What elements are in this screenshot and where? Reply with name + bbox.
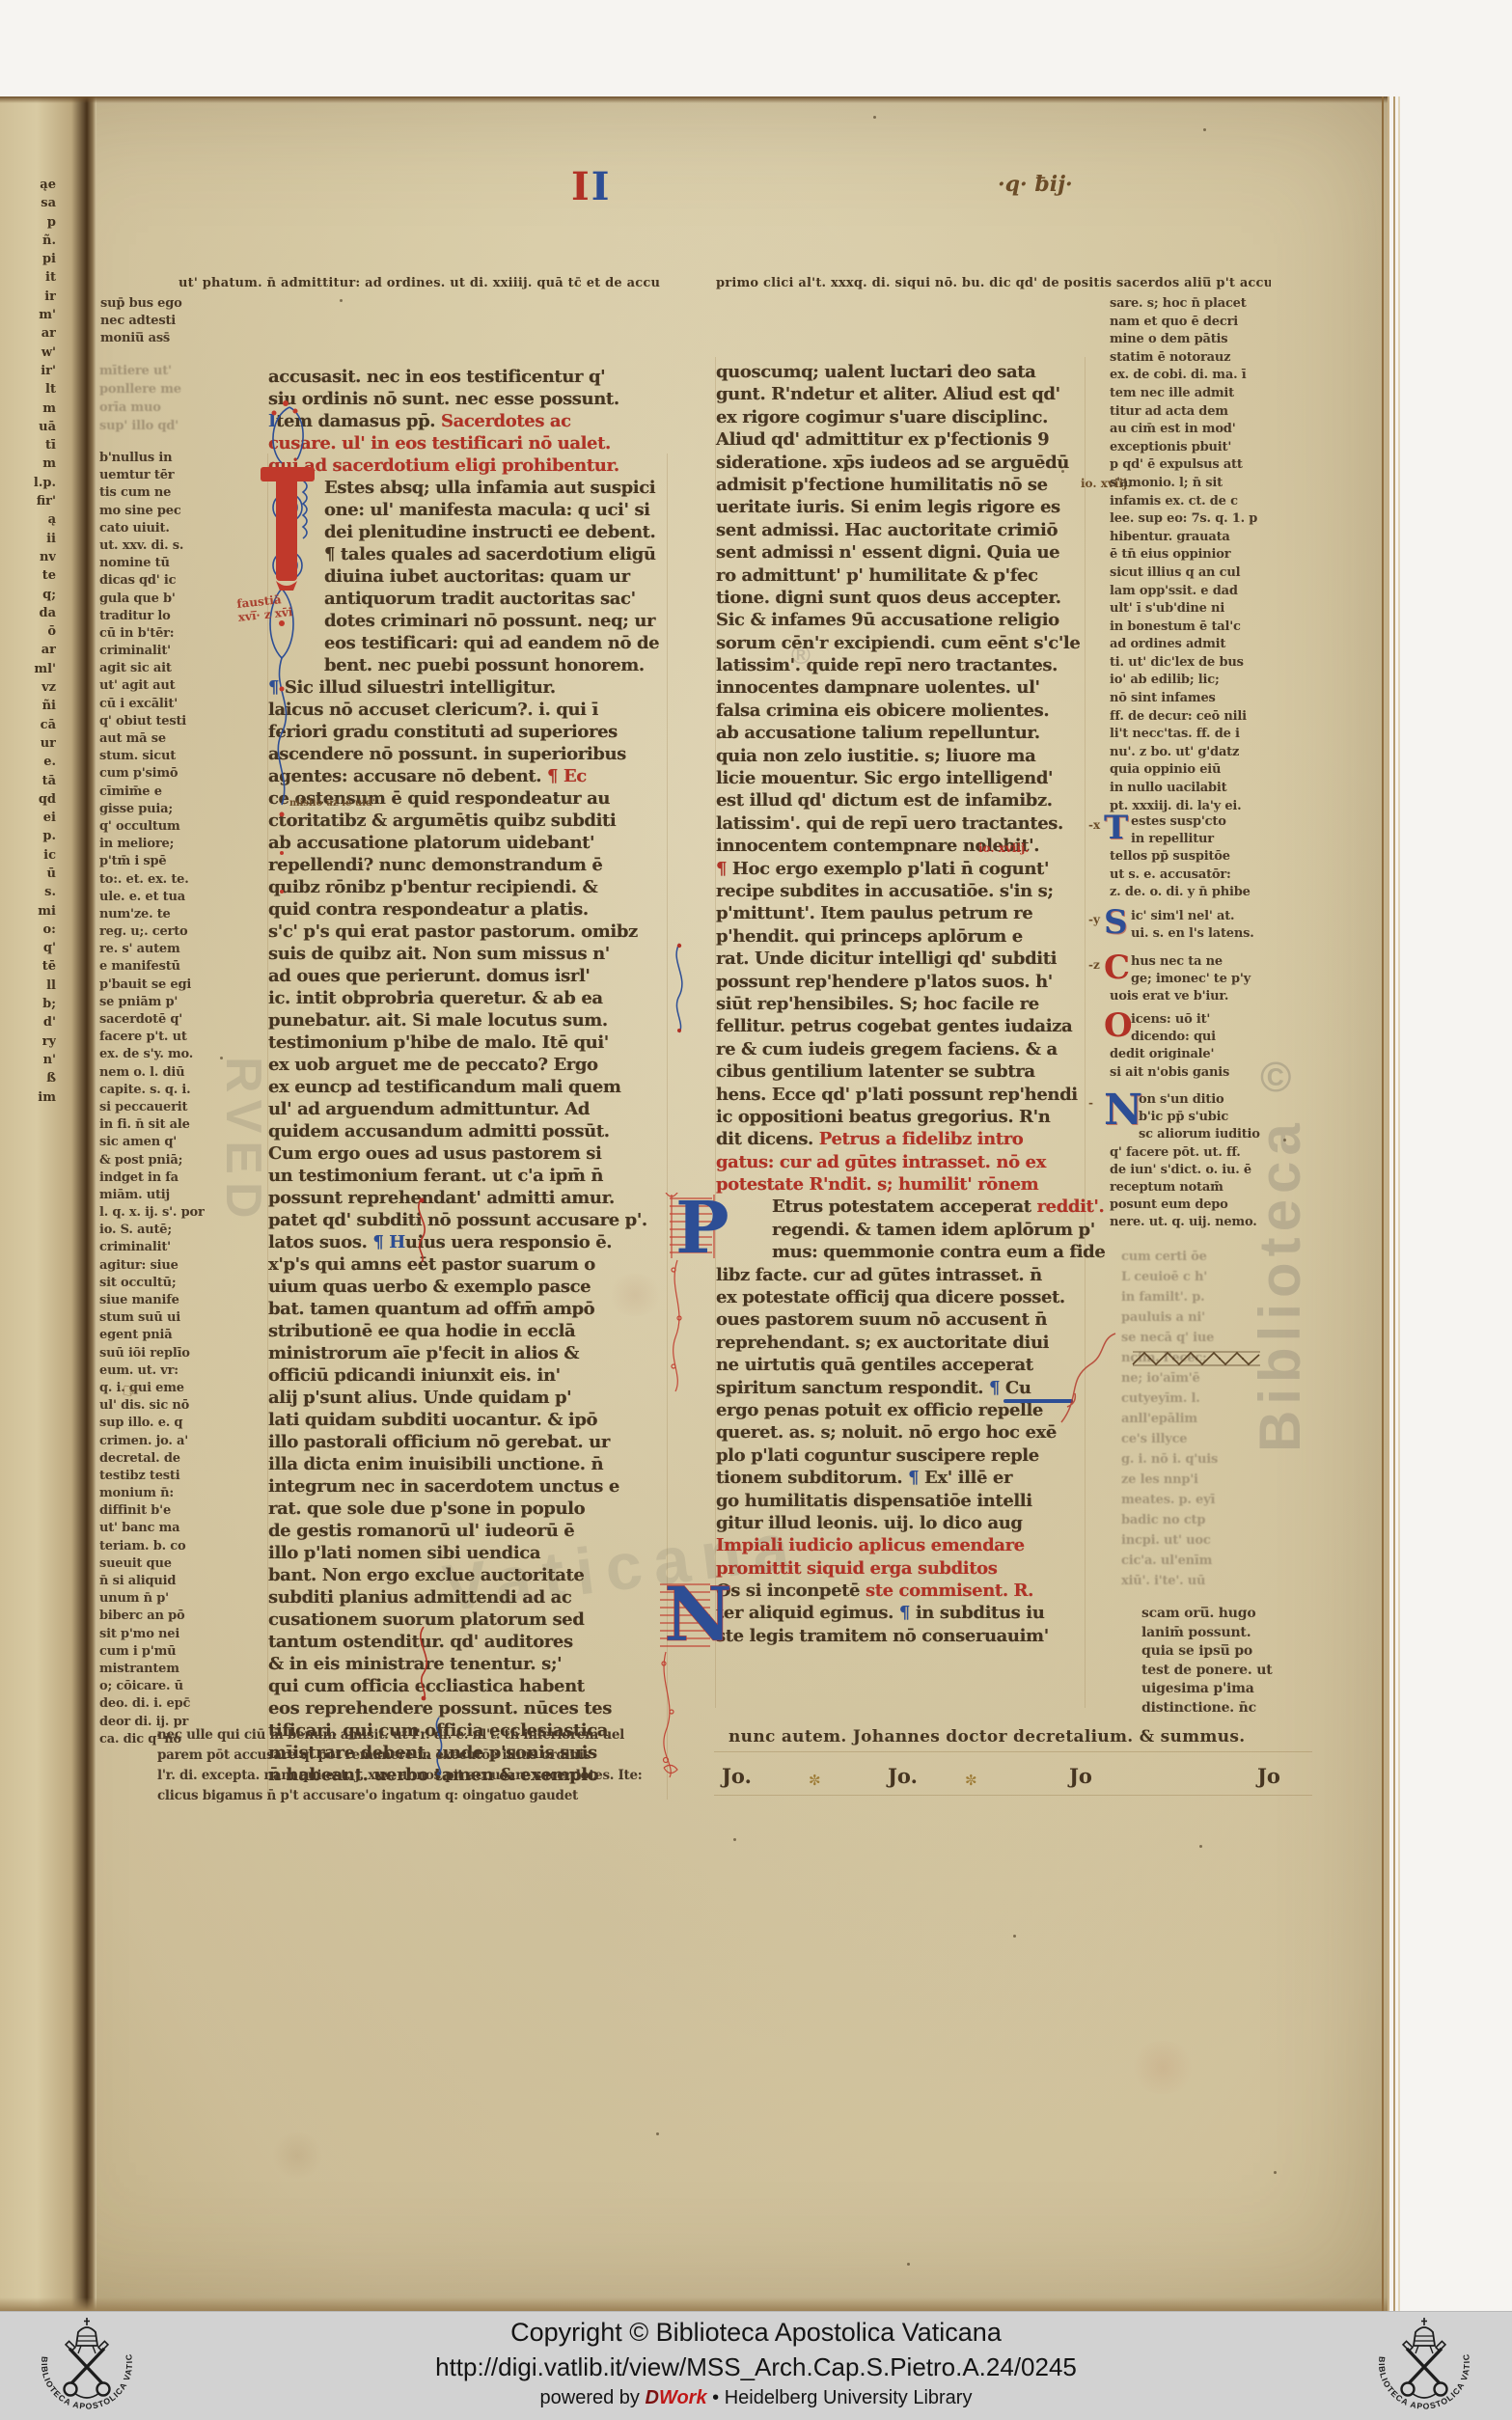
jo-signature-mark: Jo (1257, 1764, 1280, 1788)
text-line: siu ordinis nō sunt. nec esse possunt. (268, 388, 666, 410)
left-margin-gloss: b'nullus inuemtur tērtis cum nemo sine p… (99, 450, 205, 1748)
text-line: m (0, 454, 56, 473)
text-segment: ¶ Ec (547, 766, 587, 786)
text-line: in repellitur (1110, 831, 1291, 848)
entry-initial: O (1104, 1009, 1133, 1042)
dwork-logo-work: Work (659, 2387, 707, 2408)
text-line: nomine tū (99, 555, 205, 572)
text-line: cū i excālit' (99, 696, 205, 713)
text-line: decretal. de (99, 1450, 205, 1468)
text-line: ter aliquid egimus. ¶ in subditus iu (716, 1602, 1085, 1624)
ink-speck (1203, 128, 1206, 131)
text-line: parem pōt accusare q: pōt remanere in ex… (157, 1746, 642, 1766)
text-line: d' (0, 1013, 56, 1031)
page-edge-line (1388, 96, 1389, 2311)
text-segment: Etrus potestatem acceperat (772, 1196, 1037, 1217)
entry-initial: T (1104, 811, 1128, 844)
text-line: ll (0, 976, 56, 995)
fore-edge (1378, 96, 1409, 2311)
text-line: b; (0, 995, 56, 1013)
text-line: queret. as. s; noluit. nō ergo hoc exē (716, 1421, 1085, 1444)
text-line: ic. intit obprobria queretur. & ab ea (268, 987, 666, 1009)
initial-N-decorated: N (656, 1577, 731, 1783)
parchment-stain (270, 2132, 324, 2179)
inter-column-flourish (668, 942, 691, 1034)
quire-note-red: io. xviij. (978, 841, 1029, 855)
text-line: orīa muo (99, 399, 181, 417)
text-line: Etrus potestatem acceperat reddit'. (716, 1196, 1085, 1218)
text-line: diuina iubet auctoritas: quam ur (268, 565, 666, 588)
zigzag-line-filler (1131, 1349, 1264, 1368)
text-line: quia non zelo iustitie. s; liuore ma (716, 745, 1085, 767)
running-header-numeral: I (571, 164, 591, 209)
text-line: x'p's qui amns eēt pastor suarum o (268, 1253, 666, 1276)
text-line: mo sine pec (99, 503, 205, 520)
text-line: distinctione. n̄c (1141, 1699, 1272, 1719)
text-line: tione. digni sunt quos deus accepter. (716, 587, 1085, 609)
text-line: nere. ut. q. uij. nemo. (1110, 1214, 1291, 1231)
running-header-numeral: I (591, 164, 612, 209)
text-line: te (0, 566, 56, 585)
text-segment: potestate R'ndit. s; humilit' rōnem (716, 1174, 1038, 1195)
page-edge-line (1382, 96, 1384, 2311)
text-column-1: accusasit. nec in eos testificentur q'si… (268, 366, 666, 1786)
text-line: sent admissi n' essent digni. Quia ue (716, 541, 1085, 564)
text-line: dicendo: qui (1110, 1029, 1291, 1046)
text-line: ad oues que perierunt. domus isrl' (268, 965, 666, 987)
gloss-entry: Oicens: uō it'dicendo: quidedit original… (1088, 1011, 1291, 1082)
text-line: innocentes dampnare uolentes. ul' (716, 676, 1085, 699)
text-line: s. (0, 883, 56, 901)
text-line: siūt rep'hensibiles. S; hoc facile re (716, 993, 1085, 1015)
text-line: quibz rōnibz p'bentur recipiendi. & (268, 876, 666, 898)
text-line: admisit p'fectione humilitatis nō se (716, 474, 1085, 496)
right-margin-gloss: sare. s; hoc n̄ placetnam et quo ē decri… (1110, 295, 1293, 815)
text-line: cum p'simō (99, 765, 205, 783)
text-line: eos reprehendere possunt. nūces tes (268, 1697, 666, 1719)
text-line: laicus nō accuset clericum?. i. qui ī (268, 699, 666, 721)
text-line: ex. de s'y. mo. (99, 1046, 205, 1063)
text-line: io' ab edilib; lic; (1110, 672, 1293, 690)
text-line: un testimonium ferant. ut c'a ipm̄ n̄ (268, 1165, 666, 1187)
interlinear-note: mislio uz ie uid' (289, 798, 375, 809)
text-line: indget in fa (99, 1169, 205, 1187)
text-line: estes susp'cto (1110, 813, 1291, 831)
text-line: ex rigore cogimur s'uare disciplinc. (716, 406, 1085, 428)
text-segment: tionem subditorum. (716, 1468, 908, 1488)
text-line: & post pniā; (99, 1152, 205, 1169)
text-line: sup' illo qd' (99, 417, 181, 435)
text-line: sent admissi. Hac auctoritate crimiō (716, 519, 1085, 541)
text-line: cutyeyīm. l. (1121, 1389, 1290, 1409)
text-line: deo. di. i. epc̄ (99, 1695, 205, 1713)
jo-signature-mark: Jo (1069, 1764, 1092, 1788)
text-line: ry (0, 1032, 56, 1051)
text-line: ti. ut' dic'lex de bus (1110, 654, 1293, 673)
text-line: l.p. (0, 474, 56, 492)
text-line: mistrantem (99, 1661, 205, 1678)
text-line: q' occultum (99, 818, 205, 836)
text-line: dei plenitudine instructi ee debent. (268, 521, 666, 543)
text-line: reg. u;. certo (99, 923, 205, 941)
text-line: Impiali iudicio aplicus emendare (716, 1534, 1085, 1556)
text-line: ñ. (0, 232, 56, 250)
text-line: sicut illius q an cul (1110, 564, 1293, 583)
text-line: ul' dis. sic nō (99, 1397, 205, 1415)
text-line: egent pniā (99, 1327, 205, 1344)
svg-text:BIBLIOTECA APOSTOLICA VATICANA: BIBLIOTECA APOSTOLICA VATICANA (1351, 2314, 1471, 2411)
penwork-cadel (409, 1196, 434, 1264)
text-line: cusare. ul' in eos testificari nō ualet. (268, 432, 666, 454)
text-segment: ter aliquid egimus. (716, 1603, 899, 1623)
text-segment: ¶ (989, 1378, 1005, 1398)
ink-speck (1283, 1139, 1286, 1141)
text-segment: ¶ (716, 859, 732, 879)
entry-initial: N (1104, 1089, 1142, 1132)
text-line: ne; io'aīm'ē (1121, 1368, 1290, 1389)
text-line: s'c' p's qui erat pastor pastorum. omibz (268, 921, 666, 943)
text-line: lam opp'ssit. e dad (1110, 583, 1293, 601)
text-line: criminalit' (99, 643, 205, 660)
text-line: ab accusatione talium repelluntur. (716, 722, 1085, 744)
text-line: se necā q' iue (1121, 1328, 1290, 1348)
text-line: Cum ergo oues ad usus pastorem si (268, 1142, 666, 1165)
text-segment: Petrus a fidelibz intro (819, 1129, 1024, 1149)
text-segment: Hoc ergo exemplo p'lati n̄ cogunt' (732, 859, 1049, 879)
initial-P-decorated: P (664, 1193, 731, 1399)
text-line: uemtur tēr (99, 467, 205, 484)
text-line: m (0, 399, 56, 418)
column-ruling (1085, 357, 1086, 1708)
text-line: aut mā se (99, 730, 205, 748)
text-line: teriam. b. co (99, 1538, 205, 1555)
text-line: re. s' autem (99, 941, 205, 958)
ink-speck (220, 1057, 223, 1059)
text-line: e. (0, 753, 56, 771)
text-line: b'nullus in (99, 450, 205, 467)
jo-signature-mark: Jo. (722, 1764, 752, 1788)
text-line: suū iōi replīo (99, 1345, 205, 1362)
text-column-2: quoscumq; ualent luctari deo satagunt. R… (716, 361, 1085, 1647)
text-line: innocentem contempnare nolebit'. (716, 835, 1085, 857)
text-line: nō sint infames (1110, 690, 1293, 708)
text-line: qui cum officia eccliastica habent (268, 1675, 666, 1697)
text-line: z. de. o. di. y n̄ phibe (1110, 884, 1291, 901)
text-line: latos suos. ¶ Huius uera responsio ē. (268, 1231, 666, 1253)
entry-lines: hus nec ta nege; imonec' te p'yuois erat… (1110, 953, 1291, 1006)
text-line: ñi (0, 697, 56, 715)
text-line: punebatur. ait. Si male locutus sum. (268, 1009, 666, 1031)
text-line: ¶ Hoc ergo exemplo p'lati n̄ cogunt' (716, 858, 1085, 880)
text-line: reprehendant. s; ex auctoritate diui (716, 1332, 1085, 1354)
text-line: ul' ad arguendum admittuntur. Ad (268, 1098, 666, 1120)
text-line: lt (0, 380, 56, 399)
gloss-entry: -xTestes susp'ctoin repelliturtellos pp̄… (1088, 813, 1291, 901)
text-line: ō (0, 622, 56, 641)
text-line: receptum notam̄ (1110, 1179, 1291, 1196)
text-line: icens: uō it' (1110, 1011, 1291, 1029)
header-note-left: ut' phatum. n̄ admittitur: ad ordines. u… (179, 276, 660, 290)
text-line: spiritum sanctum respondit. ¶ Cu (716, 1377, 1085, 1399)
text-line: in familt'. p. (1121, 1287, 1290, 1307)
text-line: officiū pdicandi iniunxit eis. in' (268, 1364, 666, 1387)
explicit-line: nunc autem. Johannes doctor decretalium.… (729, 1727, 1245, 1746)
vatican-library-logo: BIBLIOTECA APOSTOLICA VATICANA (14, 2314, 160, 2416)
text-line: mine o dem pātis (1110, 331, 1293, 349)
text-line: ult' ī s'ub'dine ni (1110, 600, 1293, 619)
parchment-stain (606, 1274, 664, 1316)
text-line: num'ze. te (99, 906, 205, 923)
text-line: re & cum iudeis gregem faciens. & a (716, 1038, 1085, 1060)
text-line: to:. et. ex. te. (99, 871, 205, 889)
text-line: agitur: siue (99, 1257, 205, 1275)
text-line: nem o. l. diū (99, 1064, 205, 1082)
ink-speck (340, 299, 343, 302)
ink-speck (907, 2263, 910, 2266)
text-line: in fi. n̄ sit ale (99, 1116, 205, 1134)
text-line: ueritate iuris. Si enim legis rigore es (716, 496, 1085, 518)
text-line: possunt reprehendant' admitti amur. (268, 1187, 666, 1209)
text-line: latissim'. quide repī nero tractantes. (716, 654, 1085, 676)
text-line: gisse puia; (99, 801, 205, 818)
text-line: clicus bigamus n̄ p't accusare'o ingatum… (157, 1786, 642, 1806)
text-line: p qd' ē expulsus att (1110, 456, 1293, 475)
text-line: sup illo. e. q (99, 1415, 205, 1432)
text-line: ff. de decur: ceō nili (1110, 708, 1293, 727)
entry-initial: S (1104, 906, 1128, 939)
ink-speck (1061, 470, 1064, 473)
text-line: hens. Ecce qd' p'lati possunt rep'hendi (716, 1084, 1085, 1106)
text-line: patet qd' subditi nō possunt accusare p'… (268, 1209, 666, 1231)
text-line: ą (0, 510, 56, 529)
text-line: eos testificari: qui ad eandem nō de (268, 632, 666, 654)
text-line: hibentur. grauata (1110, 529, 1293, 547)
text-line: sic amen q' (99, 1134, 205, 1151)
text-line: agit sic ait (99, 660, 205, 677)
text-line: ar (0, 641, 56, 659)
text-line: regendi. & tamen idem aplōrum p' (716, 1219, 1085, 1241)
text-line: uigesima p'ima (1141, 1680, 1272, 1699)
red-margin-flourish (1058, 1330, 1119, 1426)
text-line: ponllere me (99, 380, 181, 399)
text-line: testimonium p'hibe de malo. Itē qui' (268, 1031, 666, 1054)
text-line: ąe (0, 176, 56, 194)
text-line: eum. ut. vr: (99, 1362, 205, 1380)
text-segment: ¶ H (372, 1232, 405, 1252)
text-line: p'hendit. qui princeps aplōrum e (716, 925, 1085, 948)
text-line: ge; imonec' te p'y (1110, 971, 1291, 988)
svg-text:P: P (675, 1193, 729, 1270)
text-segment: Os si inconpetē (716, 1581, 866, 1601)
text-line: sare. s; hoc n̄ placet (1110, 295, 1293, 314)
text-line: l'r. di. excepta. nam qui est. j. xxx. a… (157, 1766, 642, 1786)
text-segment: spiritum sanctum respondit. (716, 1378, 989, 1398)
initial-T-decorated (253, 399, 324, 982)
text-segment: dit dicens. (716, 1129, 819, 1149)
text-line: da (0, 604, 56, 622)
text-line: capite. s. q. i. (99, 1082, 205, 1099)
text-line: est illud qd' dictum est de infamibz. (716, 789, 1085, 811)
text-line: cibus gentilium latenter se subtra (716, 1060, 1085, 1083)
text-line: monium n̄: (99, 1485, 205, 1502)
text-line: accusasit. nec in eos testificentur q' (268, 366, 666, 388)
gloss-entry: -zChus nec ta nege; imonec' te p'yuois e… (1088, 953, 1291, 1006)
parchment-stain (1129, 2041, 1196, 2094)
page-edge-line (1398, 96, 1400, 2311)
text-line: ei (0, 809, 56, 827)
text-segment: Impiali iudicio aplicus emendare (716, 1535, 1025, 1555)
text-line: agentes: accusare nō debent. ¶ Ec (268, 765, 666, 787)
text-line: libz facte. cur ad gūtes intrasset. n̄ (716, 1264, 1085, 1286)
ink-speck (733, 1838, 736, 1841)
text-line: falsa crimina eis obicere molientes. (716, 700, 1085, 722)
right-bottom-gloss: scam oru̅. hugolanim̄ possunt.quia se ip… (1141, 1605, 1272, 1718)
text-line: sit occultū; (99, 1275, 205, 1292)
text-line: ar (0, 324, 56, 343)
text-line: unum n̄ p' (99, 1590, 205, 1608)
text-line: bent. nec puebi possunt honorem. (268, 654, 666, 676)
text-line: integrum nec in sacerdotem unctus e (268, 1475, 666, 1498)
text-segment: Sacerdotes ac (441, 411, 571, 431)
text-line: mi (0, 902, 56, 921)
text-line: hus nec ta ne (1110, 953, 1291, 971)
text-line: illa dicta enim inuisibili unctione. n̄ (268, 1453, 666, 1475)
text-line: uois erat ve b'iur. (1110, 988, 1291, 1005)
ink-speck (656, 2132, 659, 2135)
left-gloss-showthrough: mītiere ut'ponllere meorīa muosup' illo … (99, 362, 181, 435)
text-line: mītiere ut' (99, 362, 181, 380)
text-line: ß (0, 1069, 56, 1087)
text-line: ¶ tales quales ad sacerdotium eligū (268, 543, 666, 565)
text-segment: Ex' illē er (924, 1468, 1012, 1488)
text-line: cā (0, 716, 56, 734)
text-line: ule. e. et tua (99, 889, 205, 906)
text-line: lee. sup eo: 7s. q. 1. p (1110, 510, 1293, 529)
gloss-entry: -ySic' sim'l nel' at.ui. s. en l's laten… (1088, 908, 1291, 943)
text-line: diffinit b'e (99, 1502, 205, 1520)
text-line: xiū'. i'te'. uū (1121, 1571, 1290, 1591)
text-line: gunt. R'ndetur et aliter. Aliud est qd' (716, 383, 1085, 405)
text-line: nam et quo ē decri (1110, 314, 1293, 332)
text-line: criminalit' (99, 1239, 205, 1256)
text-line: crimen. jo. a' (99, 1433, 205, 1450)
text-line: traditur lo (99, 608, 205, 625)
text-line: recipe subdites in accusatiōe. s'in s; (716, 880, 1085, 902)
text-line: rat. que sole due p'sone in populo (268, 1498, 666, 1520)
text-line: qd (0, 790, 56, 809)
powered-by-suffix: • Heidelberg University Library (707, 2387, 973, 2408)
text-line: posunt eum depo (1110, 1196, 1291, 1214)
text-line: ii (0, 530, 56, 548)
text-line: gatus: cur ad gūtes intrasset. nō ex (716, 1151, 1085, 1173)
text-line: subditi planius admittendi ad ac (268, 1586, 666, 1609)
text-line: o; cōicare. ū (99, 1678, 205, 1695)
text-line: p'tm̄ i spē (99, 853, 205, 870)
text-line: titur ad acta dem (1110, 403, 1293, 422)
text-ruling (714, 1795, 1312, 1796)
text-segment: ¶ (899, 1603, 916, 1623)
text-line: cum certi ōe (1121, 1247, 1290, 1267)
page-edge-line (1393, 96, 1395, 2311)
text-line: ut' banc ma (99, 1520, 205, 1537)
text-line: oues pastorem suum nō accusent n̄ (716, 1308, 1085, 1331)
text-line: mus: quemmonie contra eum a fide (716, 1241, 1085, 1263)
page-bottom-edge (0, 2297, 1389, 2311)
text-line: im (0, 1088, 56, 1107)
logo-arc-text: BIBLIOTECA APOSTOLICA VATICANA (14, 2314, 134, 2411)
text-line: tī (0, 436, 56, 454)
text-line: plo p'lati coguntur suscipere reple (716, 1444, 1085, 1467)
text-line: ic oppositioni beatus gregorius. R'n (716, 1106, 1085, 1128)
text-line: quia oppinio eiū (1110, 761, 1293, 780)
bottom-left-gloss: nec ulle qui ciū m̄ benum amisit. ut l'r… (157, 1725, 642, 1806)
powered-by-line: powered by DWork • Heidelberg University… (0, 2387, 1512, 2409)
text-segment: Cu (1005, 1378, 1031, 1398)
text-line: Estes absq; ulla infamia aut suspici (268, 477, 666, 499)
text-line: miām. utij (99, 1187, 205, 1204)
text-line: statim ē notorauz (1110, 349, 1293, 368)
text-line: sideratione. xp̄s iudeos ad se arguēdū (716, 452, 1085, 474)
text-line: w' (0, 344, 56, 362)
text-line: gula que b' (99, 591, 205, 608)
text-line: ex. de cobi. di. ma. ī (1110, 367, 1293, 385)
text-line: ex uob arguet me de peccato? Ergo (268, 1054, 666, 1076)
text-line: & in eis ministrare tenentur. s;' (268, 1653, 666, 1675)
text-line: sup̄ bus ego (100, 295, 182, 313)
entry-lines: icens: uō it'dicendo: quidedit originale… (1110, 1011, 1291, 1082)
text-line: q' obiut testi (99, 713, 205, 730)
text-line: si ait n'obis ganis (1110, 1064, 1291, 1082)
text-line: test de ponere. ut (1141, 1662, 1272, 1681)
text-line: in bonestum ē tal'c (1110, 619, 1293, 637)
text-line: ex euncp ad testificandum mali quem (268, 1076, 666, 1098)
text-line: si peccauerit (99, 1099, 205, 1116)
penwork-cadel (411, 1625, 436, 1702)
text-line: uā (0, 418, 56, 436)
manuscript-scan-viewer: { "page": { "running_header_1": "I", "ru… (0, 0, 1512, 2420)
text-line: sacerdotē q' (99, 1011, 205, 1029)
entry-lines: estes susp'ctoin repelliturtellos pp̄ su… (1110, 813, 1291, 901)
text-line: tis cum ne (99, 484, 205, 502)
entry-mark: -y (1088, 913, 1100, 926)
text-line: rat. Unde dicitur intelligi qd' subditi (716, 948, 1085, 970)
text-line: quid contra respondeatur a platis. (268, 898, 666, 921)
text-line: repellendi? nunc demonstrandum ē (268, 854, 666, 876)
text-line: Item damasus pp̄. Sacerdotes ac (268, 410, 666, 432)
text-line: ab accusatione platorum uidebant' (268, 832, 666, 854)
text-line: li't necc'tas. ff. de i (1110, 726, 1293, 744)
text-line: n̄ si aliquid (99, 1573, 205, 1590)
text-line: m' (0, 306, 56, 324)
text-line: latissim'. qui de repī uero tractantes. (716, 812, 1085, 835)
text-line: ū (0, 865, 56, 883)
text-segment: ¶ (908, 1468, 924, 1488)
text-line: ro admittunt' p' humilitate & p'fec (716, 564, 1085, 587)
source-url: http://digi.vatlib.it/view/MSS_Arch.Cap.… (0, 2352, 1512, 2382)
text-line: cusationem suorum platorum sed (268, 1609, 666, 1631)
text-segment: gatus: cur ad gūtes intrasset. nō ex (716, 1152, 1046, 1172)
text-line: moniu̅ ass̄ (100, 330, 182, 347)
text-line: pauluis a ni' (1121, 1307, 1290, 1328)
text-segment: Sic illud siluestri intelligitur. (285, 677, 556, 698)
text-line: ir' (0, 362, 56, 380)
text-line: ir (0, 288, 56, 306)
text-line: nec adtesti (100, 313, 182, 330)
text-line: stum. sicut (99, 748, 205, 765)
text-line: cīmim̄e e (99, 784, 205, 801)
text-line: n' (0, 1051, 56, 1069)
text-line: it (0, 268, 56, 287)
